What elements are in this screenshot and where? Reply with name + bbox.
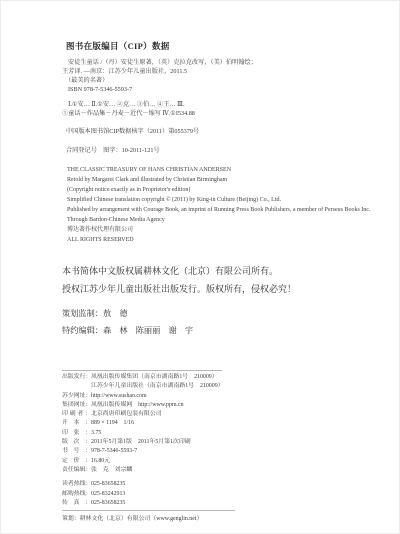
publication-row: 开本：889 × 1194 1/16 [62, 419, 372, 428]
cip-isbn-line: ISBN 978-7-5346-5593-7 [68, 85, 372, 94]
publication-label: 版次： [62, 438, 91, 447]
cip-classification-block: Ⅰ.①安… Ⅱ.①安… ②克… ③伯… ④王… Ⅲ. ①童话－作品集－丹麦－近代… [62, 100, 372, 118]
english-copyright-line: Simplified Chinese translation copyright… [67, 195, 372, 205]
classification-line: ①童话－作品集－丹麦－近代－缩写 Ⅳ.①I534.88 [62, 109, 372, 118]
classification-line: Ⅰ.①安… Ⅱ.①安… ②克… ③伯… ④王… Ⅲ. [68, 100, 372, 109]
publication-row: 定价：16.80元 [62, 457, 372, 466]
publication-row: 责任编辑：张 克 刘宗麟 [62, 466, 372, 475]
cip-line: 王芳译. —南京：江苏少年儿童出版社，2011.5 [62, 67, 372, 76]
credits-block: 策划监制：敖 德 特约编辑：森 林 陈丽丽 谢 宇 [62, 306, 372, 339]
publication-value: 凤凰出版传媒集团（南京市湖南路1号 210009） [91, 374, 218, 380]
publication-label: 责任编辑： [62, 466, 91, 475]
book-copyright-page: 图书在版编目（CIP）数据 安徒生童话 /（丹）安徒生原著，（英）克拉克改写，（… [0, 0, 400, 534]
english-copyright-line: Retold by Margaret Clark and illustrated… [67, 175, 372, 185]
contact-value: 025-83658235 [91, 500, 125, 506]
publication-label: 出版发行： [62, 373, 91, 382]
publication-value: 16.80元 [91, 458, 110, 464]
rights-notice-line: 本书简体中文版权属耕林文化（北京）有限公司所有。 [62, 263, 372, 281]
contact-label: 邮购热线： [62, 490, 91, 499]
publication-value: http://www.sushao.com [91, 393, 147, 399]
contact-row: 邮购热线：025-83242913 [62, 490, 372, 499]
contact-row: 传真：025-83658235 [62, 499, 372, 508]
publication-label: 集团网址： [62, 401, 91, 410]
english-copyright-line: Published by arrangement with Courage Bo… [67, 205, 372, 215]
cip-description-block: 安徒生童话 /（丹）安徒生原著，（英）克拉克改写，（美）伯明翰绘； 王芳译. —… [62, 58, 372, 94]
publication-label: 苏少网址： [62, 392, 91, 401]
rights-notice-line: 授权江苏少年儿童出版社出版发行。版权所有，侵权必究！ [62, 281, 372, 299]
contact-row: 读者热线：025-83658235 [62, 480, 372, 489]
contact-label: 读者热线： [62, 480, 91, 489]
publication-row: 江苏少年儿童出版社（南京市湖南路1号 210009） [62, 382, 372, 391]
all-rights-reserved-line: ALL RIGHTS RESERVED [67, 235, 372, 245]
english-copyright-line: Through Bardon-Chinese Media Agency [67, 215, 372, 225]
publication-row: 印刷者：北京尚唐印刷包装有限公司 [62, 410, 372, 419]
publication-value: 凤凰出版传媒网 http://www.ppm.cn [91, 402, 184, 408]
rights-notice-block: 本书简体中文版权属耕林文化（北京）有限公司所有。 授权江苏少年儿童出版社出版发行… [62, 263, 372, 298]
publication-row: 苏少网址：http://www.sushao.com [62, 392, 372, 401]
credit-row: 策划监制：敖 德 [62, 306, 372, 323]
english-copyright-block: THE CLASSIC TREASURY OF HANS CHRISTIAN A… [67, 165, 372, 245]
publication-row: 印张：3.75 [62, 429, 372, 438]
cip-header: 图书在版编目（CIP）数据 [66, 40, 372, 52]
publication-value: 北京尚唐印刷包装有限公司 [91, 411, 162, 417]
credit-label: 策划监制： [62, 309, 103, 318]
english-copyright-line: (Copyright notice exactly as in Propriet… [67, 185, 372, 195]
credit-label: 特约编辑： [62, 326, 103, 335]
publication-value: 张 克 刘宗麟 [91, 467, 132, 473]
divider-top [62, 370, 222, 371]
publication-block: 出版发行：凤凰出版传媒集团（南京市湖南路1号 210009） 江苏少年儿童出版社… [62, 373, 372, 475]
publication-row: 集团网址：凤凰出版传媒网 http://www.ppm.cn [62, 401, 372, 410]
publication-value: 3.75 [91, 430, 101, 436]
divider-bottom [62, 510, 235, 511]
credit-value: 敖 德 [103, 309, 128, 318]
publication-label: 印张： [62, 429, 91, 438]
cip-line: （最美的名著） [65, 76, 372, 85]
credit-value: 森 林 陈丽丽 谢 宇 [103, 326, 193, 335]
contract-registration-number: 合同登记号 图字：10-2011-121号 [66, 145, 372, 154]
publication-value: 889 × 1194 1/16 [91, 420, 134, 426]
publication-value: 江苏少年儿童出版社（南京市湖南路1号 210009） [91, 383, 224, 389]
credit-row: 特约编辑：森 林 陈丽丽 谢 宇 [62, 323, 372, 340]
page-content: 图书在版编目（CIP）数据 安徒生童话 /（丹）安徒生原著，（英）克拉克改写，（… [62, 40, 372, 522]
publication-value: 2011年5月第1版 2011年5月第1次印刷 [91, 439, 191, 445]
publication-row: 书号：978-7-5346-5593-7 [62, 447, 372, 456]
contact-value: 025-83242913 [91, 491, 125, 497]
publication-label: 书号： [62, 447, 91, 456]
cip-line: 安徒生童话 /（丹）安徒生原著，（英）克拉克改写，（美）伯明翰绘； [68, 58, 372, 67]
contact-block: 读者热线：025-83658235 邮购热线：025-83242913 传真：0… [62, 480, 372, 508]
contact-label: 传真： [62, 499, 91, 508]
agency-name-cn: 博达著作权代理有限公司 [67, 225, 372, 235]
publication-label: 印刷者： [62, 410, 91, 419]
cip-record-number: 中国版本图书馆CIP数据核字（2011）第055379号 [66, 126, 372, 135]
publication-row: 版次：2011年5月第1版 2011年5月第1次印刷 [62, 438, 372, 447]
publication-label: 开本： [62, 419, 91, 428]
publication-label: 定价： [62, 457, 91, 466]
planner-line: 策划：耕林文化（北京）有限公司（www.genglin.net） [62, 513, 372, 522]
publication-value: 978-7-5346-5593-7 [91, 448, 137, 454]
publication-row: 出版发行：凤凰出版传媒集团（南京市湖南路1号 210009） [62, 373, 372, 382]
english-title-line: THE CLASSIC TREASURY OF HANS CHRISTIAN A… [67, 165, 372, 175]
contact-value: 025-83658235 [91, 481, 125, 487]
